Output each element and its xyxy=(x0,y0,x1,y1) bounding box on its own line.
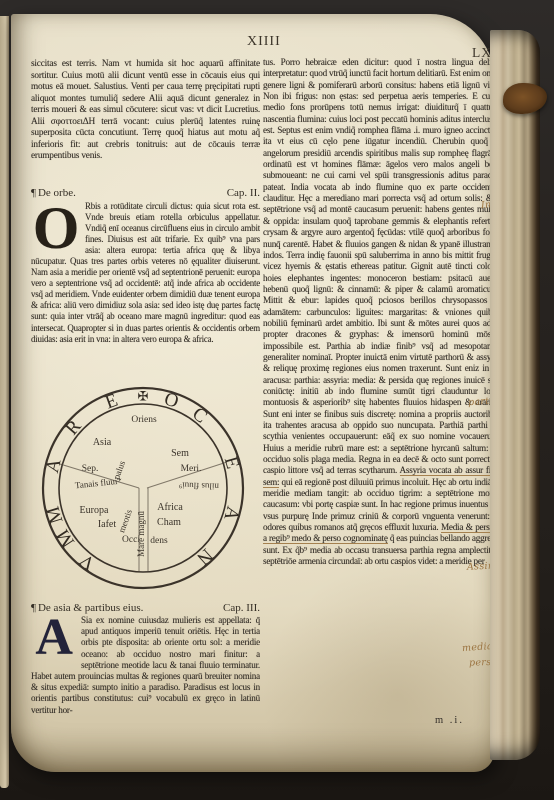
t-o-world-map: MARE✠OCEANVM OriensAsiaSemSep.Meri.Tanai… xyxy=(33,376,255,598)
map-ring-letter: M xyxy=(42,504,67,526)
right-column-paragraph: tus. Porro hebraicæ eden dicitur: quod ī… xyxy=(263,57,500,717)
map-ring-letter: C xyxy=(188,403,211,427)
signature-mark: m .i. xyxy=(435,715,464,726)
map-ring-letter: A xyxy=(42,456,66,475)
map-ring-letter: R xyxy=(61,416,85,440)
map-region-label: Occi xyxy=(122,535,140,545)
map-region-label: Meri. xyxy=(181,464,202,474)
map-region-label: Sem xyxy=(171,448,189,459)
woodcut-initial-A: A xyxy=(31,616,77,661)
text-segment: Parthia ab indiæ finib⁹ vsq̃ ad mesopota… xyxy=(263,341,500,476)
chapter-2-number: Cap. II. xyxy=(227,187,260,199)
map-ring-letter: N xyxy=(192,544,216,569)
map-ring-letter: ✠ xyxy=(138,389,149,404)
map-region-label: Mare magnū xyxy=(136,511,146,557)
chapter-3-paragraph: ASia ex nomine cuiusdaz mulieris est app… xyxy=(31,615,260,715)
map-ring-letter: E xyxy=(220,454,243,471)
map-region-label: Cham xyxy=(157,517,181,528)
chapter-2-heading: ¶De orbe. Cap. II. xyxy=(31,187,260,199)
map-region-label: Africa xyxy=(157,502,183,513)
handwritten-margin-note: media xyxy=(462,641,494,654)
fore-edge-pages xyxy=(490,30,540,760)
quire-number: XIIII xyxy=(247,34,281,50)
chapter-2-title: ¶De orbe. xyxy=(31,187,76,199)
text-segment: India vocata ab indo flumine quo ex part… xyxy=(263,182,500,351)
chapter-3-heading: ¶De asia & partibus eius. Cap. III. xyxy=(31,602,260,614)
damaged-corner xyxy=(503,83,547,114)
map-region-label: meotis xyxy=(116,508,134,534)
map-ring-letter: O xyxy=(162,388,182,412)
chapter-3-number: Cap. III. xyxy=(223,602,260,614)
map-region-label: dens xyxy=(150,536,168,546)
map-region-label: Europa xyxy=(80,505,109,516)
map-region-label: Sep. xyxy=(82,464,99,474)
map-region-label: palus xyxy=(111,459,127,481)
map-ring-letter: E xyxy=(102,390,120,414)
map-ring-letter: V xyxy=(76,549,100,574)
left-column-intro-paragraph: siccitas est terris. Nam vt humida sit h… xyxy=(31,59,260,187)
map-region-label: Asia xyxy=(93,437,112,448)
text-segment: tus. Porro hebraicæ eden dicitur: quod ī… xyxy=(263,57,500,192)
paragraph-mark-icon: ¶ xyxy=(31,187,36,199)
facing-page-edge xyxy=(0,16,9,788)
photographed-book-page: XIIII LXXI. siccitas est terris. Nam vt … xyxy=(0,0,554,800)
map-region-label: nilus fluui⁹ xyxy=(179,480,219,491)
paragraph-mark-icon: ¶ xyxy=(31,602,36,614)
chapter-3-title: ¶De asia & partibus eius. xyxy=(31,602,143,614)
map-ring-letter: M xyxy=(52,525,79,551)
map-region-labels: OriensAsiaSemSep.Meri.Tanais fluui⁹palus… xyxy=(74,415,219,557)
chapter-2-paragraph: ORbis a rotūditate circuli dictus: quia … xyxy=(31,201,260,380)
map-ring-letter: A xyxy=(219,504,243,523)
map-region-label: Oriens xyxy=(131,415,157,425)
book-page: XIIII LXXI. siccitas est terris. Nam vt … xyxy=(11,14,494,772)
map-region-label: Iafet xyxy=(98,519,117,530)
woodcut-initial-O: O xyxy=(31,202,81,256)
